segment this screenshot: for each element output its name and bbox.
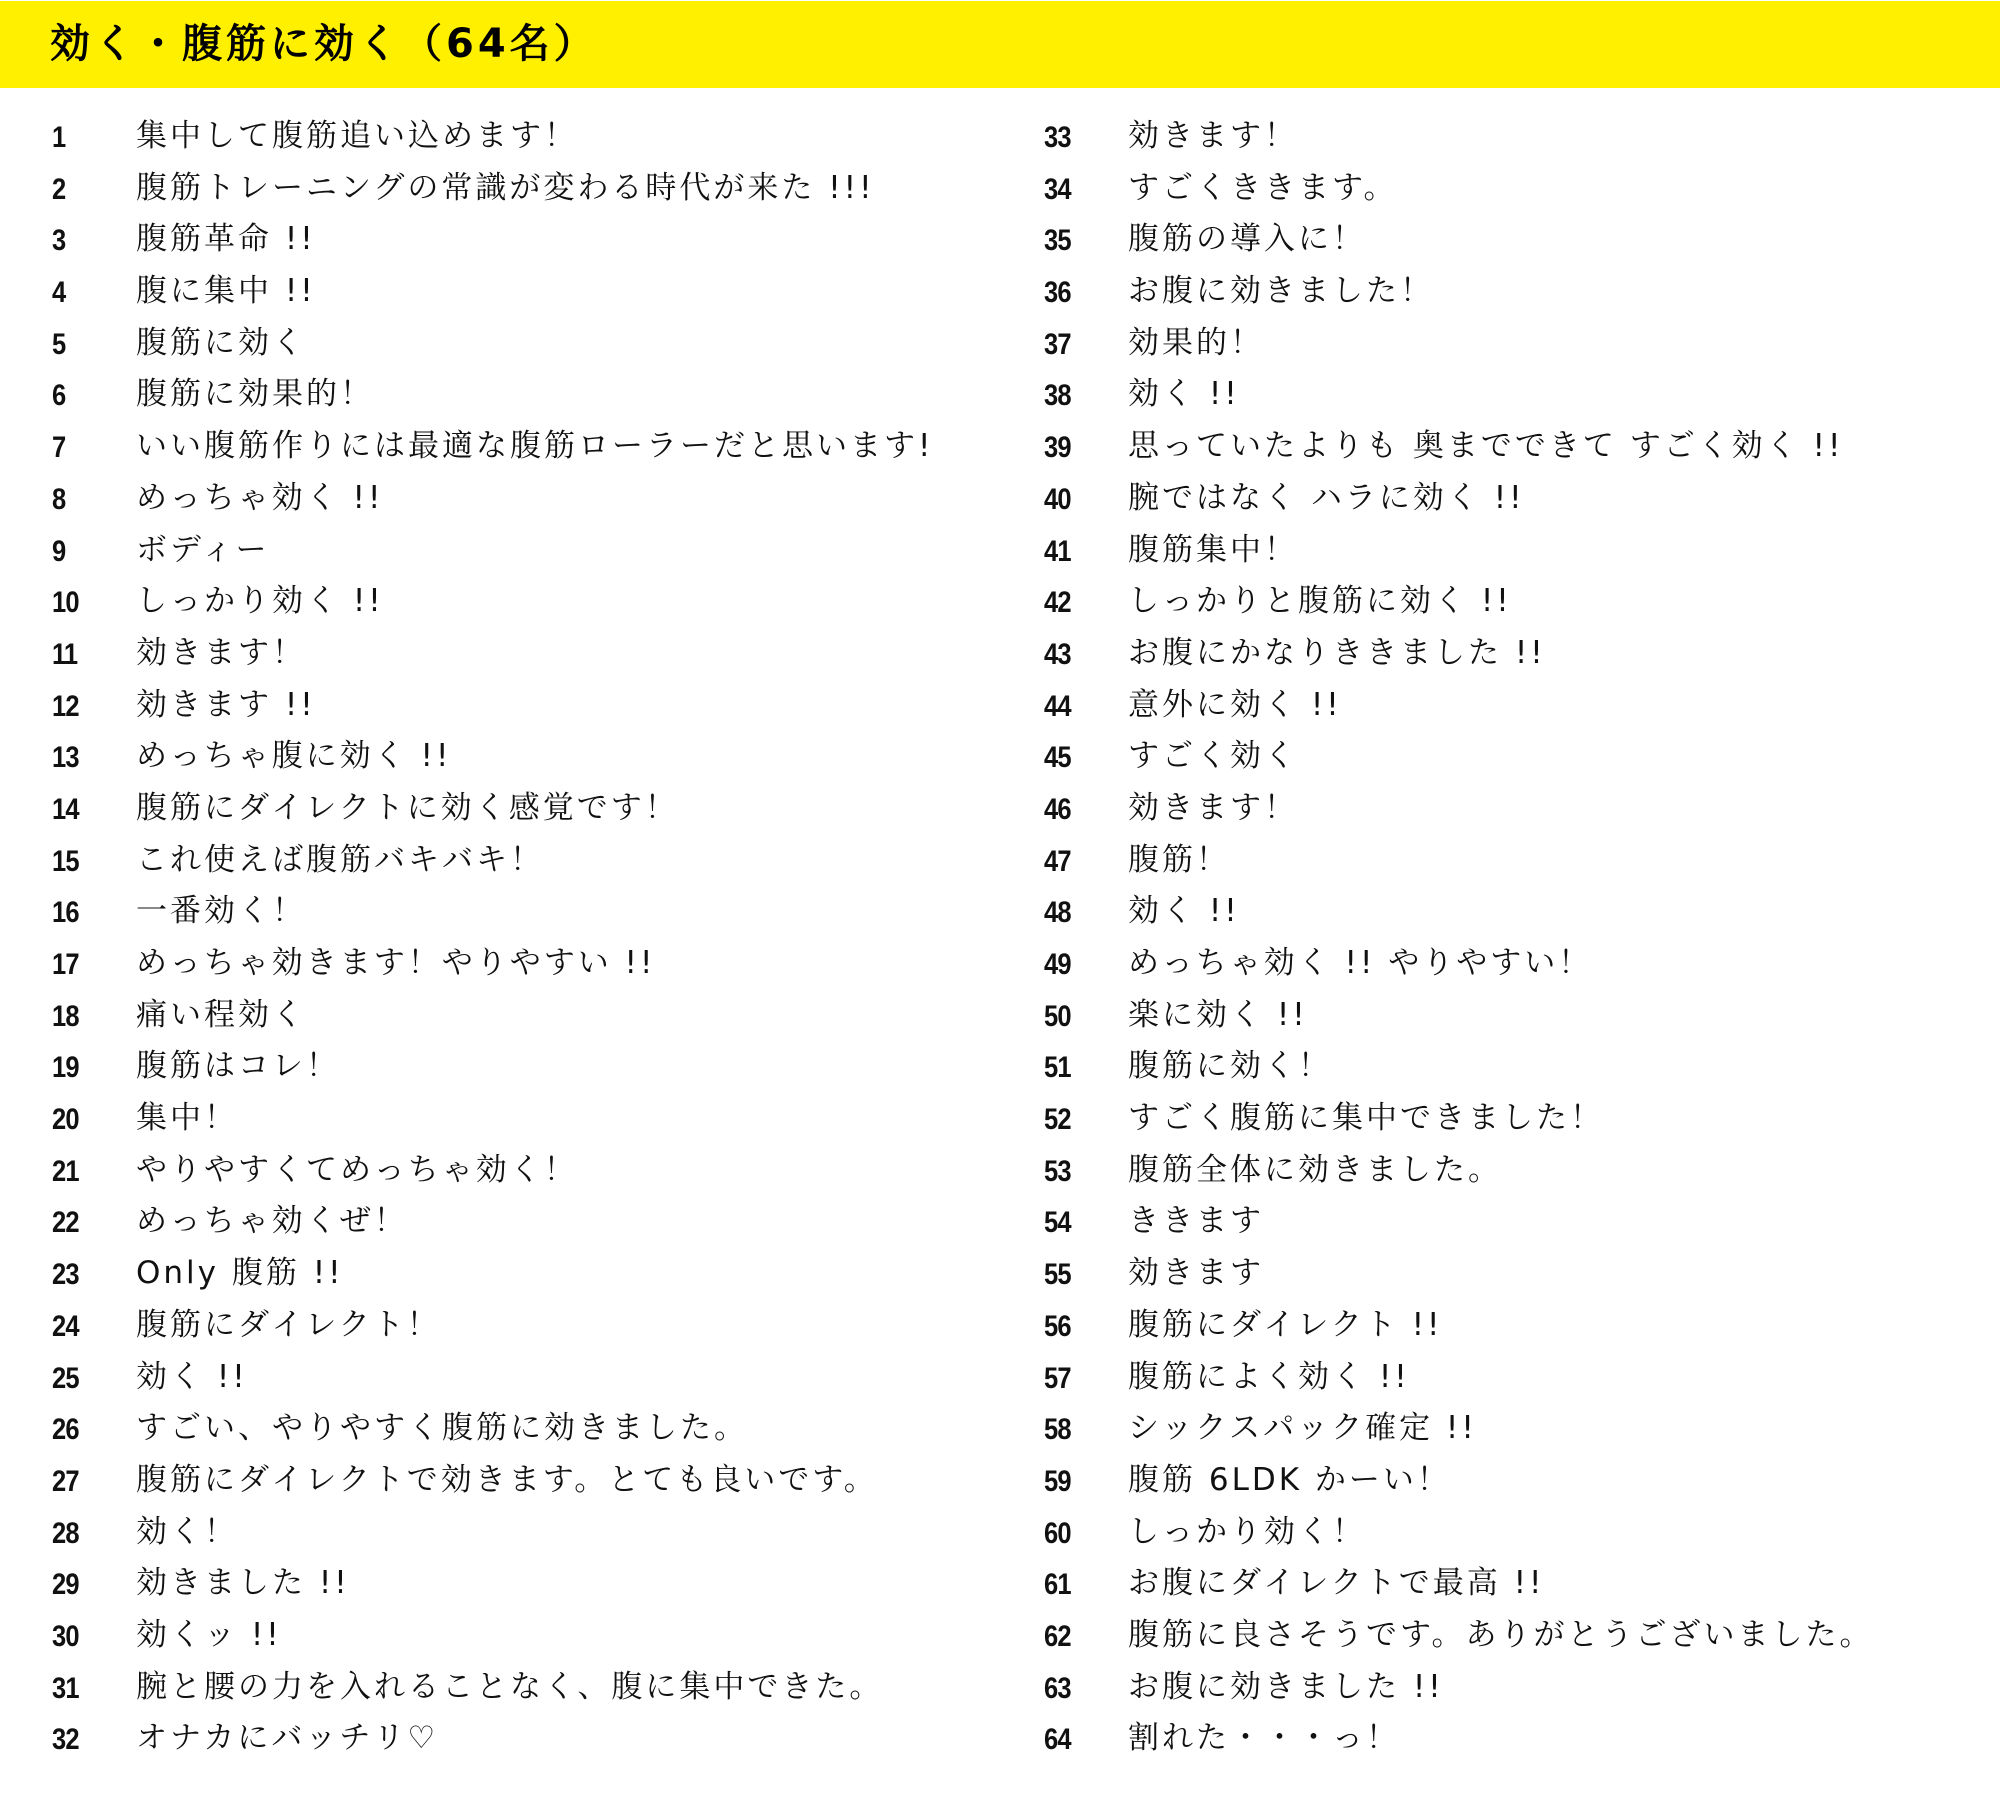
item-comment: 腹筋 6LDK かーい！ xyxy=(1128,1460,1451,1500)
list-item: 13めっちゃ腹に効く !! xyxy=(0,732,960,784)
item-comment: しっかり効く！ xyxy=(1128,1512,1366,1552)
item-comment: 腹筋はコレ！ xyxy=(136,1046,340,1086)
item-comment: 効く !! xyxy=(1128,891,1240,931)
item-number: 34 xyxy=(1044,172,1071,208)
item-number: 29 xyxy=(52,1567,79,1603)
item-comment: 腹筋に効く xyxy=(136,323,306,363)
list-item: 35腹筋の導入に！ xyxy=(992,215,1952,267)
list-item: 14腹筋にダイレクトに効く感覚です！ xyxy=(0,784,960,836)
list-item: 15これ使えば腹筋バキバキ！ xyxy=(0,836,960,888)
list-item: 50楽に効く !! xyxy=(992,991,1952,1043)
item-comment: すごい、やりやすく腹筋に効きました。 xyxy=(136,1408,748,1448)
item-number: 4 xyxy=(52,275,65,311)
list-item: 54ききます xyxy=(992,1197,1952,1249)
list-item: 56腹筋にダイレクト !! xyxy=(992,1301,1952,1353)
item-number: 41 xyxy=(1044,534,1071,570)
item-number: 56 xyxy=(1044,1309,1071,1345)
list-item: 60しっかり効く！ xyxy=(992,1508,1952,1560)
item-number: 12 xyxy=(52,689,79,725)
item-comment: 集中！ xyxy=(136,1098,238,1138)
list-item: 18痛い程効く xyxy=(0,991,960,1043)
list-item: 7いい腹筋作りには最適な腹筋ローラーだと思います! xyxy=(0,422,960,474)
list-item: 27腹筋にダイレクトで効きます。とても良いです。 xyxy=(0,1456,960,1508)
item-comment: ボディー xyxy=(136,530,270,570)
item-comment: 効く！ xyxy=(136,1512,238,1552)
item-comment: Only 腹筋 !! xyxy=(136,1253,344,1293)
item-comment: お腹に効きました !! xyxy=(1128,1667,1444,1707)
list-item: 42しっかりと腹筋に効く !! xyxy=(992,577,1952,629)
item-number: 9 xyxy=(52,534,65,570)
item-number: 26 xyxy=(52,1412,79,1448)
item-number: 49 xyxy=(1044,947,1071,983)
list-item: 28効く！ xyxy=(0,1508,960,1560)
item-comment: めっちゃ効きます！やりやすい !! xyxy=(136,943,655,983)
item-number: 8 xyxy=(52,482,65,518)
item-number: 51 xyxy=(1044,1050,1071,1086)
item-comment: 腕と腰の力を入れることなく、腹に集中できた。 xyxy=(136,1667,883,1707)
item-number: 23 xyxy=(52,1257,79,1293)
item-comment: 効きます！ xyxy=(1128,116,1298,156)
list-item: 25効く !! xyxy=(0,1353,960,1405)
item-number: 31 xyxy=(52,1671,79,1707)
list-item: 5腹筋に効く xyxy=(0,319,960,371)
item-number: 38 xyxy=(1044,378,1071,414)
list-item: 48効く !! xyxy=(992,887,1952,939)
item-comment: 効きます !! xyxy=(136,685,316,725)
item-comment: いい腹筋作りには最適な腹筋ローラーだと思います! xyxy=(136,426,933,466)
item-number: 27 xyxy=(52,1464,79,1500)
list-item: 43お腹にかなりききました !! xyxy=(992,629,1952,681)
item-number: 55 xyxy=(1044,1257,1071,1293)
item-number: 48 xyxy=(1044,895,1071,931)
list-item: 23Only 腹筋 !! xyxy=(0,1249,960,1301)
item-comment: 効くッ !! xyxy=(136,1615,282,1655)
item-number: 17 xyxy=(52,947,79,983)
item-number: 63 xyxy=(1044,1671,1071,1707)
header-banner: 効く・腹筋に効く（64名） xyxy=(0,1,2000,88)
list-item: 1集中して腹筋追い込めます！ xyxy=(0,112,960,164)
item-comment: めっちゃ効く !! xyxy=(136,478,383,518)
list-item: 33効きます！ xyxy=(992,112,1952,164)
item-comment: 腹筋に効果的！ xyxy=(136,374,374,414)
list-item: 10しっかり効く !! xyxy=(0,577,960,629)
item-comment: 効きます！ xyxy=(1128,788,1298,828)
item-number: 7 xyxy=(52,430,65,466)
list-item: 52すごく腹筋に集中できました！ xyxy=(992,1094,1952,1146)
list-item: 9ボディー xyxy=(0,526,960,578)
item-number: 1 xyxy=(52,120,65,156)
item-number: 22 xyxy=(52,1205,79,1241)
list-item: 58シックスパック確定 !! xyxy=(992,1404,1952,1456)
item-number: 18 xyxy=(52,999,79,1035)
list-item: 6腹筋に効果的！ xyxy=(0,370,960,422)
item-comment: これ使えば腹筋バキバキ！ xyxy=(136,840,544,880)
item-comment: 腹筋革命 !! xyxy=(136,219,316,259)
comment-list-right: 33効きます！34すごくききます。35腹筋の導入に！36お腹に効きました！37効… xyxy=(992,112,1952,1766)
item-comment: 腹筋集中！ xyxy=(1128,530,1298,570)
item-comment: 腹筋にダイレクト！ xyxy=(136,1305,441,1345)
list-item: 32オナカにバッチリ♡ xyxy=(0,1714,960,1766)
item-comment: すごく腹筋に集中できました！ xyxy=(1128,1098,1604,1138)
item-comment: 集中して腹筋追い込めます！ xyxy=(136,116,578,156)
item-number: 64 xyxy=(1044,1722,1071,1758)
list-item: 44意外に効く !! xyxy=(992,681,1952,733)
item-comment: オナカにバッチリ♡ xyxy=(136,1718,438,1758)
item-number: 35 xyxy=(1044,223,1071,259)
list-item: 36お腹に効きました！ xyxy=(992,267,1952,319)
item-comment: お腹に効きました！ xyxy=(1128,271,1434,311)
list-item: 22めっちゃ効くぜ！ xyxy=(0,1197,960,1249)
item-comment: ききます xyxy=(1128,1201,1264,1241)
list-item: 34すごくききます。 xyxy=(992,164,1952,216)
item-number: 59 xyxy=(1044,1464,1071,1500)
list-item: 26すごい、やりやすく腹筋に効きました。 xyxy=(0,1404,960,1456)
item-number: 53 xyxy=(1044,1154,1071,1190)
item-number: 24 xyxy=(52,1309,79,1345)
item-comment: 効果的！ xyxy=(1128,323,1264,363)
list-item: 31腕と腰の力を入れることなく、腹に集中できた。 xyxy=(0,1663,960,1715)
item-comment: 腹に集中 !! xyxy=(136,271,316,311)
item-number: 33 xyxy=(1044,120,1071,156)
list-item: 11効きます！ xyxy=(0,629,960,681)
list-item: 64割れた・・・っ！ xyxy=(992,1714,1952,1766)
list-item: 55効きます xyxy=(992,1249,1952,1301)
item-number: 21 xyxy=(52,1154,79,1190)
list-item: 24腹筋にダイレクト！ xyxy=(0,1301,960,1353)
item-number: 30 xyxy=(52,1619,79,1655)
item-comment: 効きました !! xyxy=(136,1563,350,1603)
item-comment: お腹にダイレクトで最高 !! xyxy=(1128,1563,1544,1603)
item-number: 3 xyxy=(52,223,65,259)
item-comment: 楽に効く !! xyxy=(1128,995,1308,1035)
item-comment: 一番効く！ xyxy=(136,891,306,931)
item-number: 20 xyxy=(52,1102,79,1138)
item-number: 54 xyxy=(1044,1205,1071,1241)
item-comment: しっかり効く !! xyxy=(136,581,384,621)
comment-list-left: 1集中して腹筋追い込めます！2腹筋トレーニングの常識が変わる時代が来た !!!3… xyxy=(0,112,960,1766)
list-item: 51腹筋に効く！ xyxy=(992,1042,1952,1094)
item-number: 52 xyxy=(1044,1102,1071,1138)
item-comment: めっちゃ腹に効く !! xyxy=(136,736,451,776)
list-item: 47腹筋！ xyxy=(992,836,1952,888)
item-number: 42 xyxy=(1044,585,1071,621)
list-item: 63お腹に効きました !! xyxy=(992,1663,1952,1715)
item-comment: 効く !! xyxy=(1128,374,1240,414)
list-item: 40腕ではなく ハラに効く !! xyxy=(992,474,1952,526)
item-comment: 腹筋に良さそうです。ありがとうございました。 xyxy=(1128,1615,1874,1655)
list-item: 49めっちゃ効く !! やりやすい！ xyxy=(992,939,1952,991)
list-item: 61お腹にダイレクトで最高 !! xyxy=(992,1559,1952,1611)
list-item: 29効きました !! xyxy=(0,1559,960,1611)
item-comment: 効きます xyxy=(1128,1253,1264,1293)
item-number: 10 xyxy=(52,585,79,621)
list-item: 38効く !! xyxy=(992,370,1952,422)
item-number: 28 xyxy=(52,1516,79,1552)
item-number: 5 xyxy=(52,327,65,363)
item-number: 61 xyxy=(1044,1567,1071,1603)
item-comment: 腹筋に効く！ xyxy=(1128,1046,1332,1086)
item-number: 13 xyxy=(52,740,79,776)
item-number: 57 xyxy=(1044,1361,1071,1397)
item-comment: 腹筋にダイレクトで効きます。とても良いです。 xyxy=(136,1460,878,1500)
item-number: 36 xyxy=(1044,275,1071,311)
item-comment: 思っていたよりも 奥までできて すごく効く !! xyxy=(1128,426,1843,466)
item-number: 2 xyxy=(52,172,65,208)
item-number: 45 xyxy=(1044,740,1071,776)
item-comment: 腹筋トレーニングの常識が変わる時代が来た !!! xyxy=(136,168,875,208)
item-number: 43 xyxy=(1044,637,1071,673)
list-item: 53腹筋全体に効きました。 xyxy=(992,1146,1952,1198)
item-comment: 痛い程効く xyxy=(136,995,306,1035)
list-item: 21やりやすくてめっちゃ効く！ xyxy=(0,1146,960,1198)
list-item: 59腹筋 6LDK かーい！ xyxy=(992,1456,1952,1508)
item-number: 46 xyxy=(1044,792,1071,828)
item-comment: 腹筋によく効く !! xyxy=(1128,1357,1410,1397)
item-comment: めっちゃ効くぜ！ xyxy=(136,1201,408,1241)
item-number: 39 xyxy=(1044,430,1071,466)
item-comment: やりやすくてめっちゃ効く！ xyxy=(136,1150,578,1190)
list-item: 8めっちゃ効く !! xyxy=(0,474,960,526)
item-number: 14 xyxy=(52,792,79,828)
item-comment: お腹にかなりききました !! xyxy=(1128,633,1546,673)
item-comment: シックスパック確定 !! xyxy=(1128,1408,1477,1448)
list-item: 2腹筋トレーニングの常識が変わる時代が来た !!! xyxy=(0,164,960,216)
item-number: 25 xyxy=(52,1361,79,1397)
item-comment: 腹筋にダイレクトに効く感覚です！ xyxy=(136,788,679,828)
list-item: 46効きます！ xyxy=(992,784,1952,836)
item-comment: めっちゃ効く !! やりやすい！ xyxy=(1128,943,1592,983)
item-number: 58 xyxy=(1044,1412,1071,1448)
item-comment: 腕ではなく ハラに効く !! xyxy=(1128,478,1525,518)
item-comment: 効きます！ xyxy=(136,633,306,673)
item-comment: 腹筋全体に効きました。 xyxy=(1128,1150,1502,1190)
item-number: 11 xyxy=(52,637,77,673)
item-number: 62 xyxy=(1044,1619,1071,1655)
item-number: 60 xyxy=(1044,1516,1071,1552)
list-item: 17めっちゃ効きます！やりやすい !! xyxy=(0,939,960,991)
item-comment: すごくききます。 xyxy=(1128,168,1398,208)
item-number: 40 xyxy=(1044,482,1071,518)
item-comment: 効く !! xyxy=(136,1357,248,1397)
item-number: 19 xyxy=(52,1050,79,1086)
list-item: 62腹筋に良さそうです。ありがとうございました。 xyxy=(992,1611,1952,1663)
list-item: 12効きます !! xyxy=(0,681,960,733)
item-number: 50 xyxy=(1044,999,1071,1035)
item-comment: 割れた・・・っ！ xyxy=(1128,1718,1400,1758)
item-number: 16 xyxy=(52,895,79,931)
item-number: 37 xyxy=(1044,327,1071,363)
list-item: 37効果的！ xyxy=(992,319,1952,371)
list-item: 39思っていたよりも 奥までできて すごく効く !! xyxy=(992,422,1952,474)
page-title: 効く・腹筋に効く（64名） xyxy=(50,19,598,69)
list-item: 3腹筋革命 !! xyxy=(0,215,960,267)
list-item: 45すごく効く xyxy=(992,732,1952,784)
list-item: 20集中！ xyxy=(0,1094,960,1146)
list-item: 30効くッ !! xyxy=(0,1611,960,1663)
item-comment: しっかりと腹筋に効く !! xyxy=(1128,581,1512,621)
item-comment: 意外に効く !! xyxy=(1128,685,1342,725)
item-number: 6 xyxy=(52,378,65,414)
list-item: 57腹筋によく効く !! xyxy=(992,1353,1952,1405)
item-number: 44 xyxy=(1044,689,1071,725)
list-item: 19腹筋はコレ！ xyxy=(0,1042,960,1094)
item-number: 32 xyxy=(52,1722,79,1758)
list-item: 41腹筋集中！ xyxy=(992,526,1952,578)
item-number: 15 xyxy=(52,844,79,880)
item-comment: 腹筋の導入に！ xyxy=(1128,219,1366,259)
item-number: 47 xyxy=(1044,844,1071,880)
item-comment: 腹筋！ xyxy=(1128,840,1230,880)
item-comment: すごく効く xyxy=(1128,736,1298,776)
list-item: 16一番効く！ xyxy=(0,887,960,939)
item-comment: 腹筋にダイレクト !! xyxy=(1128,1305,1442,1345)
list-item: 4腹に集中 !! xyxy=(0,267,960,319)
